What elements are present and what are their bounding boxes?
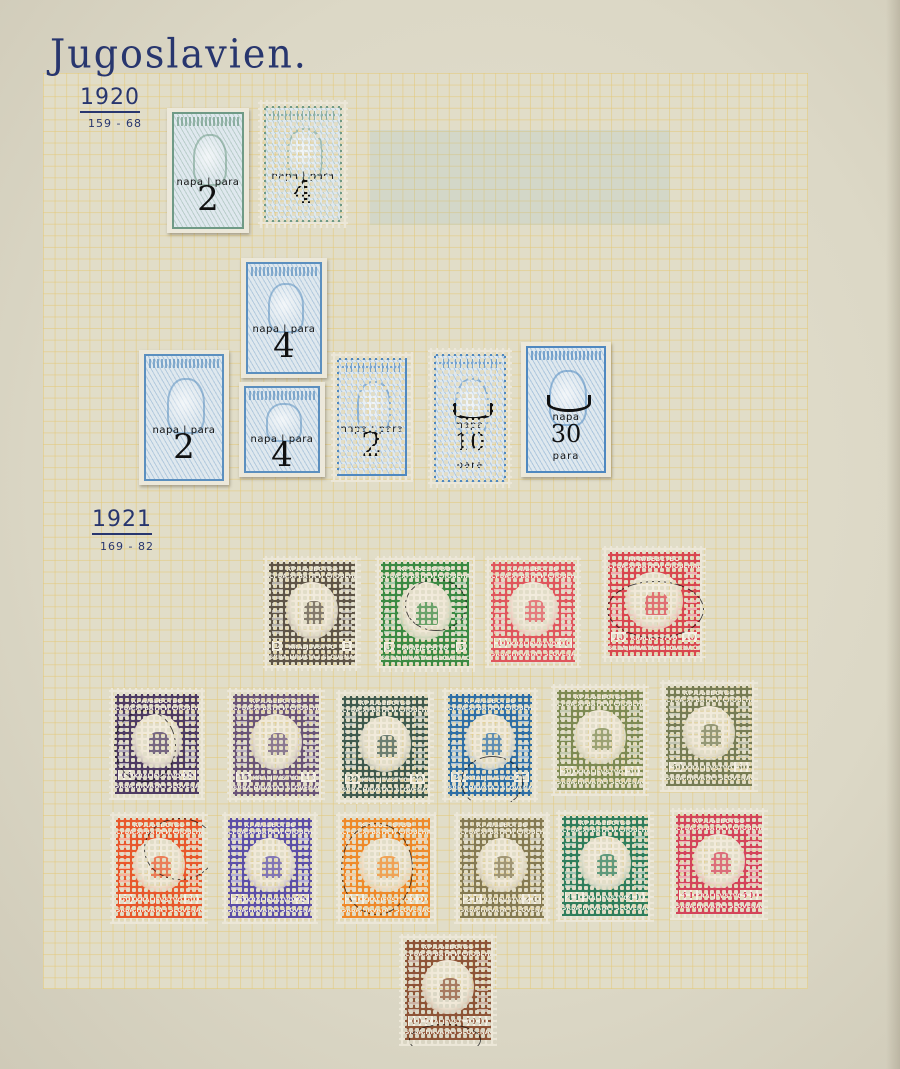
portrait-oval: [477, 838, 527, 892]
inscription-top-2: СРБА,ХРВАТА И СЛОВЕНАЦА: [460, 829, 544, 836]
posthorn-overprint-icon: [453, 403, 493, 420]
ornament-border-left: [118, 714, 129, 768]
ornament-border-left: [408, 960, 419, 1014]
king-portrait: [592, 728, 613, 750]
king-portrait: [482, 733, 502, 755]
overprint-value: 10: [436, 430, 504, 454]
stamp-frame-ornament: [249, 391, 315, 400]
stamp-1921-15[interactable]: КРАЉЕВСТВОСРБА,ХРВАТА И СЛОВЕНАЦА1515KRA…: [227, 688, 325, 802]
ornament-border-right: [414, 716, 425, 772]
stamp-1921-50[interactable]: КРАЉЕВСТВОСРБА,ХРВАТА И СЛОВЕНАЦА5050KRA…: [551, 684, 649, 796]
ornament-border-left: [345, 838, 356, 892]
faded-mount-mark: [370, 130, 670, 225]
inscription-bottom-1: KRALJEVSTVO: [562, 895, 648, 902]
inscription-top-2: СРБА,ХРВАТА И СЛОВЕНАЦА: [666, 697, 752, 704]
stamp-frame-ornament: [251, 267, 317, 276]
ornament-border-right: [518, 714, 529, 770]
stamp-design: napa | para2: [172, 112, 244, 229]
ornament-border-right: [416, 838, 427, 892]
stamp-design: КРАЉЕВСТВОСРБА,ХРВАТА И СЛОВЕНАЦА1010KRA…: [608, 552, 700, 656]
inscription-bottom-1: KRALJEVSTVO: [233, 775, 319, 782]
overprint-bottom-text: para: [528, 451, 604, 462]
overprint-value: 4: [248, 329, 320, 363]
stamp-1921-10[interactable]: КРАЉЕВСТВОСРБА,ХРВАТА И СЛОВЕНАЦА1010KRA…: [485, 556, 581, 668]
stamp-1920-10-para[interactable]: napa10para: [428, 348, 512, 488]
ornament-border-right: [561, 582, 572, 636]
inscription-bottom-2: SRBA,HRVATA I SLOVENACA: [448, 785, 532, 792]
ornament-border-right: [634, 836, 645, 890]
inscription-bottom-2: SRBA,HRVATA I SLOVENACA: [115, 783, 199, 790]
stamp-1921-15[interactable]: КРАЉЕВСТВОСРБА,ХРВАТА И СЛОВЕНАЦА1515KRA…: [109, 688, 205, 800]
inscription-bottom-2: SRBA,HRVATA I SLOVENACA: [562, 905, 648, 912]
ornament-border-left: [345, 716, 356, 772]
king-portrait: [377, 856, 399, 878]
inscription-bottom-1: KRALJEVSTVO: [666, 765, 752, 772]
king-portrait: [151, 856, 172, 878]
inscription-bottom-1: KRALJEVSTVO: [342, 777, 428, 784]
stamp-1921-5d[interactable]: КРАЉЕВСТВОСРБА,ХРВАТА И СЛОВЕНАЦА5 D5 DK…: [670, 808, 768, 920]
ornament-border-right: [748, 834, 759, 888]
stamp-design: КРАЉЕВСТВОСРБА,ХРВАТА И СЛОВЕНАЦА7575KRA…: [228, 818, 312, 918]
inscription-bottom-2: SRBA,HRVATA I SLOVENACA: [666, 775, 752, 782]
ornament-border-right: [530, 838, 541, 892]
stamp-1921-60[interactable]: КРАЉЕВСТВОСРБА,ХРВАТА И СЛОВЕНАЦА6060KRA…: [110, 812, 208, 924]
portrait-oval: [359, 716, 411, 772]
king-portrait: [416, 602, 438, 625]
stamp-1921-2[interactable]: КРАЉЕВСТВОСРБА,ХРВАТА И СЛОВЕНАЦА22KRALJ…: [263, 556, 361, 671]
overprint-value: 2: [174, 182, 242, 216]
stamp-design: napa | para4: [244, 386, 320, 473]
portrait-oval: [465, 714, 515, 770]
catalog-range-1921: 169 - 82: [100, 540, 154, 553]
stamp-design: napa | para4: [246, 262, 322, 374]
king-portrait: [262, 856, 282, 878]
inscription-top-2: СРБА,ХРВАТА И СЛОВЕНАЦА: [342, 707, 428, 714]
stamp-design: КРАЉЕВСТВОСРБА,ХРВАТА И СЛОВЕНАЦА55KRALJ…: [381, 562, 469, 666]
overprint-value: 2: [146, 430, 222, 464]
stamp-design: КРАЉЕВСТВОСРБА,ХРВАТА И СЛОВЕНАЦА2525KRA…: [448, 694, 532, 796]
stamp-design: napa | para2: [144, 354, 224, 481]
stamp-frame-ornament: [439, 359, 501, 368]
inscription-top-2: СРБА,ХРВАТА И СЛОВЕНАЦА: [608, 563, 700, 570]
king-portrait: [149, 732, 169, 754]
inscription-bottom-1: KRALJEVSTVO: [676, 893, 762, 900]
stamp-1921-10[interactable]: КРАЉЕВСТВОСРБА,ХРВАТА И СЛОВЕНАЦА1010KRA…: [602, 546, 706, 662]
posthorn-overprint-icon: [547, 395, 591, 412]
inscription-bottom-2: SRBA,HRVATA I SLOVENACA: [491, 651, 575, 658]
ornament-border-right: [455, 582, 466, 640]
catalog-range-1920: 159 - 68: [88, 117, 142, 130]
stamp-frame-ornament: [342, 363, 402, 372]
inscription-top-1: КРАЉЕВСТВО: [666, 689, 752, 697]
inscription-top-1: КРАЉЕВСТВО: [115, 697, 199, 705]
ornament-border-left: [494, 582, 505, 636]
ornament-border-left: [679, 834, 690, 888]
ornament-border-left: [565, 836, 576, 890]
inscription-bottom-2: SRBA,HRVATA I SLOVENACA: [460, 907, 544, 914]
inscription-bottom-2: SRBA,HRVATA I SLOVENACA: [676, 903, 762, 910]
stamp-design: КРАЉЕВСТВОСРБА,ХРВАТА И СЛОВЕНАЦА22KRALJ…: [269, 562, 355, 665]
stamp-1921-5[interactable]: КРАЉЕВСТВОСРБА,ХРВАТА И СЛОВЕНАЦА55KRALJ…: [375, 556, 475, 672]
ornament-border-left: [463, 838, 474, 892]
ornament-border-right: [305, 714, 316, 770]
inscription-bottom-2: SRBA,HRVATA I SLOVENACA: [116, 907, 202, 914]
portrait-oval: [683, 706, 735, 760]
ornament-border-left: [384, 582, 395, 640]
stamp-1920-2-para[interactable]: napa | para2: [139, 350, 229, 485]
stamp-1921-4d[interactable]: КРАЉЕВСТВОСРБА,ХРВАТА И СЛОВЕНАЦА4 D4 DK…: [556, 810, 654, 922]
inscription-bottom-2: SRBA,HRVATA I SLOVENACA: [381, 655, 469, 662]
king-portrait: [597, 854, 618, 876]
ornament-border-right: [738, 706, 749, 760]
overprint-bottom-text: para: [436, 460, 504, 471]
king-portrait: [645, 592, 668, 615]
inscription-bottom-2: SRBA,HRVATA I SLOVENACA: [608, 645, 700, 652]
ornament-border-left: [560, 710, 571, 764]
inscription-bottom-1: KRALJEVSTVO: [460, 897, 544, 904]
stamp-design: КРАЉЕВСТВОСРБА,ХРВАТА И СЛОВЕНАЦА1515KRA…: [115, 694, 199, 794]
ornament-border-left: [236, 714, 247, 770]
page-title: Jugoslavien.: [50, 31, 308, 77]
king-portrait: [701, 724, 722, 746]
inscription-bottom-1: KRALJEVSTVO: [116, 897, 202, 904]
stamp-frame-ornament: [177, 117, 239, 126]
stamp-1921-20[interactable]: КРАЉЕВСТВОСРБА,ХРВАТА И СЛОВЕНАЦА2020KRA…: [336, 690, 434, 804]
king-portrait: [304, 601, 325, 624]
stamp-1921-25[interactable]: КРАЉЕВСТВОСРБА,ХРВАТА И СЛОВЕНАЦА2525KRA…: [442, 688, 538, 802]
portrait-oval: [250, 714, 302, 770]
inscription-top-2: СРБА,ХРВАТА И СЛОВЕНАЦА: [342, 829, 430, 836]
inscription-top-2: СРБА,ХРВАТА И СЛОВЕНАЦА: [228, 829, 312, 836]
inscription-bottom-1: KRALJEVSTVO: [448, 775, 532, 782]
stamp-design: КРАЉЕВСТВОСРБА,ХРВАТА И СЛОВЕНАЦА5050KRA…: [557, 690, 643, 790]
stamp-1921-1d[interactable]: КРАЉЕВСТВОСРБА,ХРВАТА И СЛОВЕНАЦА1 D1 DK…: [336, 812, 436, 924]
portrait-oval: [245, 838, 295, 892]
inscription-top-1: КРАЉЕВСТВО: [269, 565, 355, 573]
inscription-top-1: КРАЉЕВСТВО: [608, 555, 700, 563]
inscription-bottom-2: SRBA,HRVATA I SLOVENACA: [269, 654, 355, 661]
stamp-design: napa30para: [526, 346, 606, 473]
stamp-frame-ornament: [531, 351, 601, 360]
inscription-top-1: КРАЉЕВСТВО: [233, 697, 319, 705]
portrait-oval: [132, 714, 182, 768]
stamp-frame-ornament: [269, 111, 337, 120]
inscription-top-2: СРБА,ХРВАТА И СЛОВЕНАЦА: [405, 951, 491, 958]
inscription-bottom-1: KRALJEVSTVO: [381, 645, 469, 652]
ornament-border-right: [185, 714, 196, 768]
inscription-top-2: СРБА,ХРВАТА И СЛОВЕНАЦА: [557, 701, 643, 708]
stamp-1921-2d[interactable]: КРАЉЕВСТВОСРБА,ХРВАТА И СЛОВЕНАЦА2 D2 DK…: [454, 812, 550, 924]
ornament-border-right: [686, 572, 697, 630]
portrait-oval: [625, 572, 683, 630]
page-edge-shadow: [886, 0, 900, 1069]
portrait-oval: [398, 582, 452, 640]
section-year-1921: 1921: [92, 507, 152, 535]
portrait-oval: [693, 834, 745, 888]
stamp-design: КРАЉЕВСТВОСРБА,ХРВАТА И СЛОВЕНАЦА5 D5 DK…: [676, 814, 762, 914]
stamp-design: napa | para4: [264, 106, 342, 222]
ornament-border-left: [272, 582, 283, 639]
inscription-top-1: КРАЉЕВСТВО: [342, 699, 428, 707]
ornament-border-left: [231, 838, 242, 892]
inscription-top-2: СРБА,ХРВАТА И СЛОВЕНАЦА: [562, 827, 648, 834]
stamp-1920-30-para[interactable]: napa30para: [521, 342, 611, 477]
stamp-1920-4-para[interactable]: napa | para4: [241, 258, 327, 378]
ornament-border-left: [119, 838, 130, 892]
stamp-1921-75[interactable]: КРАЉЕВСТВОСРБА,ХРВАТА И СЛОВЕНАЦА7575KRA…: [222, 812, 318, 924]
inscription-top-2: СРБА,ХРВАТА И СЛОВЕНАЦА: [676, 825, 762, 832]
portrait-oval: [133, 838, 185, 892]
ornament-border-left: [451, 714, 462, 770]
stamp-design: КРАЉЕВСТВОСРБА,ХРВАТА И СЛОВЕНАЦА5050KRA…: [666, 686, 752, 786]
inscription-bottom-1: KRALJEVSTVO: [491, 641, 575, 648]
ornament-border-right: [188, 838, 199, 892]
overprint-value: 30: [528, 422, 604, 446]
stamp-1920-4-para[interactable]: napa | para4: [258, 100, 348, 228]
king-portrait: [268, 733, 289, 755]
inscription-bottom-1: KRALJEVSTVO: [269, 644, 355, 651]
inscription-bottom-2: SRBA,HRVATA I SLOVENACA: [405, 1029, 491, 1036]
inscription-top-1: КРАЉЕВСТВО: [448, 697, 532, 705]
portrait-oval: [422, 960, 474, 1014]
inscription-top-1: КРАЉЕВСТВО: [562, 819, 648, 827]
portrait-oval: [579, 836, 631, 890]
stamp-design: КРАЉЕВСТВОСРБА,ХРВАТА И СЛОВЕНАЦА1010KRA…: [491, 562, 575, 662]
king-portrait: [711, 852, 732, 874]
stamp-design: napa10para: [434, 354, 506, 482]
stamp-design: КРАЉЕВСТВОСРБА,ХРВАТА И СЛОВЕНАЦА10 D10 …: [405, 940, 491, 1040]
inscription-top-2: СРБА,ХРВАТА И СЛОВЕНАЦА: [115, 705, 199, 712]
inscription-top-1: КРАЉЕВСТВО: [460, 821, 544, 829]
inscription-top-1: КРАЉЕВСТВО: [491, 565, 575, 573]
inscription-bottom-1: KRALJEVSTVO: [405, 1019, 491, 1026]
ornament-border-right: [341, 582, 352, 639]
king-portrait: [440, 978, 461, 1000]
portrait-oval: [574, 710, 626, 764]
portrait-oval: [359, 838, 413, 892]
overprint-value: 4: [266, 175, 340, 209]
stamp-design: napa | para2: [337, 358, 407, 476]
portrait-oval: [286, 582, 338, 639]
inscription-top-1: КРАЉЕВСТВО: [557, 693, 643, 701]
stamp-1921-10d[interactable]: КРАЉЕВСТВОСРБА,ХРВАТА И СЛОВЕНАЦА10 D10 …: [399, 934, 497, 1046]
ornament-border-right: [477, 960, 488, 1014]
ornament-border-left: [669, 706, 680, 760]
inscription-top-1: КРАЉЕВСТВО: [116, 821, 202, 829]
inscription-bottom-2: SRBA,HRVATA I SLOVENACA: [342, 787, 428, 794]
inscription-top-2: СРБА,ХРВАТА И СЛОВЕНАЦА: [381, 573, 469, 580]
stamp-frame-ornament: [149, 359, 219, 368]
inscription-top-1: КРАЉЕВСТВО: [228, 821, 312, 829]
inscription-bottom-2: SRBA,HRVATA I SLOVENACA: [233, 785, 319, 792]
inscription-bottom-1: KRALJEVSTVO: [608, 635, 700, 642]
stamp-design: КРАЉЕВСТВОСРБА,ХРВАТА И СЛОВЕНАЦА1515KRA…: [233, 694, 319, 796]
king-portrait: [494, 856, 514, 878]
inscription-bottom-2: SRBA,HRVATA I SLOVENACA: [228, 907, 312, 914]
inscription-bottom-1: KRALJEVSTVO: [115, 773, 199, 780]
inscription-top-1: КРАЉЕВСТВО: [381, 565, 469, 573]
portrait-oval: [508, 582, 558, 636]
inscription-top-2: СРБА,ХРВАТА И СЛОВЕНАЦА: [116, 829, 202, 836]
section-year-1920: 1920: [80, 85, 140, 113]
inscription-top-2: СРБА,ХРВАТА И СЛОВЕНАЦА: [233, 705, 319, 712]
inscription-top-1: КРАЉЕВСТВО: [342, 821, 430, 829]
stamp-design: КРАЉЕВСТВОСРБА,ХРВАТА И СЛОВЕНАЦА4 D4 DK…: [562, 816, 648, 916]
stamp-1920-2-para[interactable]: napa | para2: [167, 108, 249, 233]
king-portrait: [377, 735, 398, 757]
inscription-bottom-1: KRALJEVSTVO: [228, 897, 312, 904]
stamp-design: КРАЉЕВСТВОСРБА,ХРВАТА И СЛОВЕНАЦА2020KRA…: [342, 696, 428, 798]
inscription-top-1: КРАЉЕВСТВО: [405, 943, 491, 951]
king-portrait: [525, 600, 545, 622]
ornament-border-right: [298, 838, 309, 892]
inscription-top-1: КРАЉЕВСТВО: [676, 817, 762, 825]
overprint-value: 2: [339, 428, 405, 462]
stamp-design: КРАЉЕВСТВОСРБА,ХРВАТА И СЛОВЕНАЦА1 D1 DK…: [342, 818, 430, 918]
inscription-top-2: СРБА,ХРВАТА И СЛОВЕНАЦА: [491, 573, 575, 580]
overprint-value: 4: [246, 438, 318, 472]
stamp-design: КРАЉЕВСТВОСРБА,ХРВАТА И СЛОВЕНАЦА2 D2 DK…: [460, 818, 544, 918]
stamp-1920-4-para[interactable]: napa | para4: [239, 382, 325, 477]
ornament-border-right: [629, 710, 640, 764]
stamp-1920-2-para[interactable]: napa | para2: [331, 352, 413, 482]
ornament-border-left: [611, 572, 622, 630]
stamp-1921-50[interactable]: КРАЉЕВСТВОСРБА,ХРВАТА И СЛОВЕНАЦА5050KRA…: [660, 680, 758, 792]
inscription-top-2: СРБА,ХРВАТА И СЛОВЕНАЦА: [269, 573, 355, 580]
inscription-top-2: СРБА,ХРВАТА И СЛОВЕНАЦА: [448, 705, 532, 712]
inscription-bottom-2: SRBA,HRVATA I SLOVENACA: [557, 779, 643, 786]
stamp-design: КРАЉЕВСТВОСРБА,ХРВАТА И СЛОВЕНАЦА6060KRA…: [116, 818, 202, 918]
album-page: Jugoslavien. 1920 159 - 68 1921 169 - 82…: [0, 0, 900, 1069]
inscription-bottom-2: SRBA,HRVATA I SLOVENACA: [342, 907, 430, 914]
inscription-bottom-1: KRALJEVSTVO: [342, 897, 430, 904]
inscription-bottom-1: KRALJEVSTVO: [557, 769, 643, 776]
